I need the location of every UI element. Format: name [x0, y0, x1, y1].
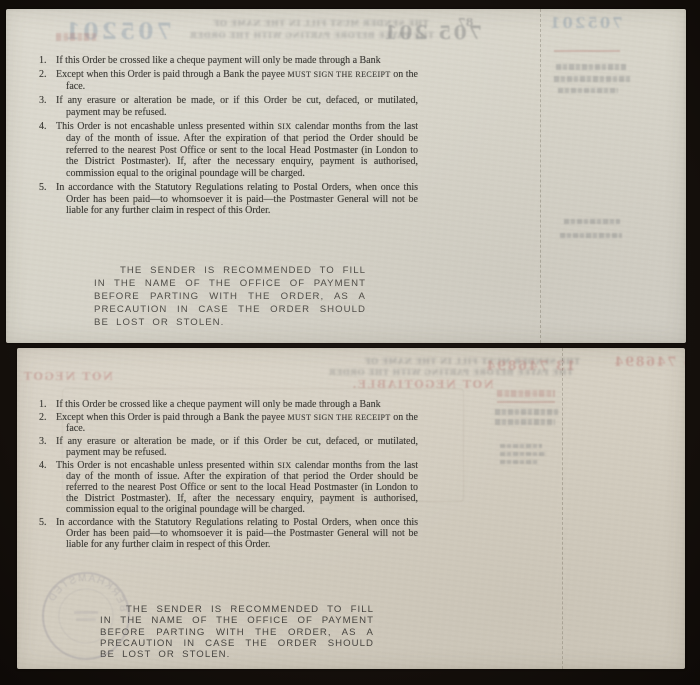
condition-text: This Order is not encashable unless pres… — [56, 121, 418, 179]
condition-number: 2. — [39, 69, 56, 92]
condition-number: 1. — [39, 400, 56, 411]
condition-text: This Order is not encashable unless pres… — [56, 461, 418, 516]
condition-text: If any erasure or alteration be made, or… — [56, 437, 418, 459]
condition-item: 3.If any erasure or alteration be made, … — [39, 437, 418, 459]
condition-text: Except when this Order is paid through a… — [56, 413, 418, 435]
postmark-stamp: BERKHAMSTED — [38, 568, 134, 669]
condition-item: 3.If any erasure or alteration be made, … — [39, 95, 418, 118]
ghost-marking-left — [56, 33, 98, 41]
condition-item: 4.This Order is not encashable unless pr… — [39, 121, 418, 179]
photo-of-postal-order-backs: { "scene": { "description": "Backs of tw… — [0, 0, 700, 685]
condition-number: 5. — [39, 518, 56, 551]
condition-item: 2.Except when this Order is paid through… — [39, 413, 418, 435]
ghost-counterfoil-serial: 13 746894 — [613, 355, 685, 370]
condition-item: 1.If this Order be crossed like a cheque… — [39, 400, 418, 411]
condition-number: 3. — [39, 437, 56, 459]
condition-item: 4.This Order is not encashable unless pr… — [39, 461, 418, 516]
ghost-counterfoil-text — [558, 88, 618, 93]
perforation-line — [562, 348, 563, 669]
ghost-counterfoil-text — [500, 460, 538, 464]
ghost-counterfoil-text — [500, 444, 542, 448]
ghost-counterfoil-text — [500, 452, 546, 456]
ghost-counterfoil-rule — [554, 50, 620, 52]
ghost-counterfoil-text — [554, 76, 630, 82]
condition-number: 1. — [39, 55, 56, 67]
condition-item: 2.Except when this Order is paid through… — [39, 69, 418, 92]
conditions-list: 1.If this Order be crossed like a cheque… — [39, 55, 418, 220]
svg-text:BERKHAMSTED: BERKHAMSTED — [46, 573, 129, 613]
condition-number: 2. — [39, 413, 56, 435]
ghost-counterfoil-text — [560, 233, 622, 238]
condition-number: 3. — [39, 95, 56, 118]
ghost-serial-right: 705 201 — [382, 22, 482, 44]
ghost-not-negotiable-left: NOT NEGOTIABLE. — [21, 370, 113, 383]
condition-number: 4. — [39, 461, 56, 516]
condition-item: 5.In accordance with the Statutory Regul… — [39, 182, 418, 217]
perforation-line — [540, 9, 541, 343]
condition-item: 1.If this Order be crossed like a cheque… — [39, 55, 418, 67]
conditions-list: 1.If this Order be crossed like a cheque… — [39, 400, 418, 553]
postmark-town-text: BERKHAMSTED — [46, 573, 129, 613]
ghost-serial-left: 705201 — [62, 19, 172, 45]
condition-number: 4. — [39, 121, 56, 179]
postal-order-back-bottom: THE SENDER MUST FILL IN THE NAME OF THE … — [17, 348, 685, 669]
ghost-counterfoil-rule — [497, 401, 555, 403]
sender-note: THE SENDER IS RECOMMENDED TO FILL IN THE… — [94, 264, 366, 329]
condition-text: If this Order be crossed like a cheque p… — [56, 400, 418, 411]
condition-text: In accordance with the Statutory Regulat… — [56, 518, 418, 551]
ghost-counterfoil-serial: 705201 — [548, 14, 623, 32]
condition-text: In accordance with the Statutory Regulat… — [56, 182, 418, 217]
ghost-counterfoil-text — [556, 64, 626, 70]
ghost-counterfoil-text — [564, 219, 620, 224]
condition-text: If any erasure or alteration be made, or… — [56, 95, 418, 118]
sender-note: THE SENDER IS RECOMMENDED TO FILL IN THE… — [100, 604, 374, 660]
condition-text: Except when this Order is paid through a… — [56, 69, 418, 92]
ghost-counterfoil-text — [495, 419, 555, 425]
condition-item: 5.In accordance with the Statutory Regul… — [39, 518, 418, 551]
ghost-counterfoil-heading — [497, 390, 555, 397]
condition-text: If this Order be crossed like a cheque p… — [56, 55, 418, 67]
condition-number: 5. — [39, 182, 56, 217]
postal-order-back-top: 705201 THE SENDER MUST FILL IN THE NAME … — [6, 9, 686, 343]
ghost-counterfoil-text — [495, 409, 559, 415]
